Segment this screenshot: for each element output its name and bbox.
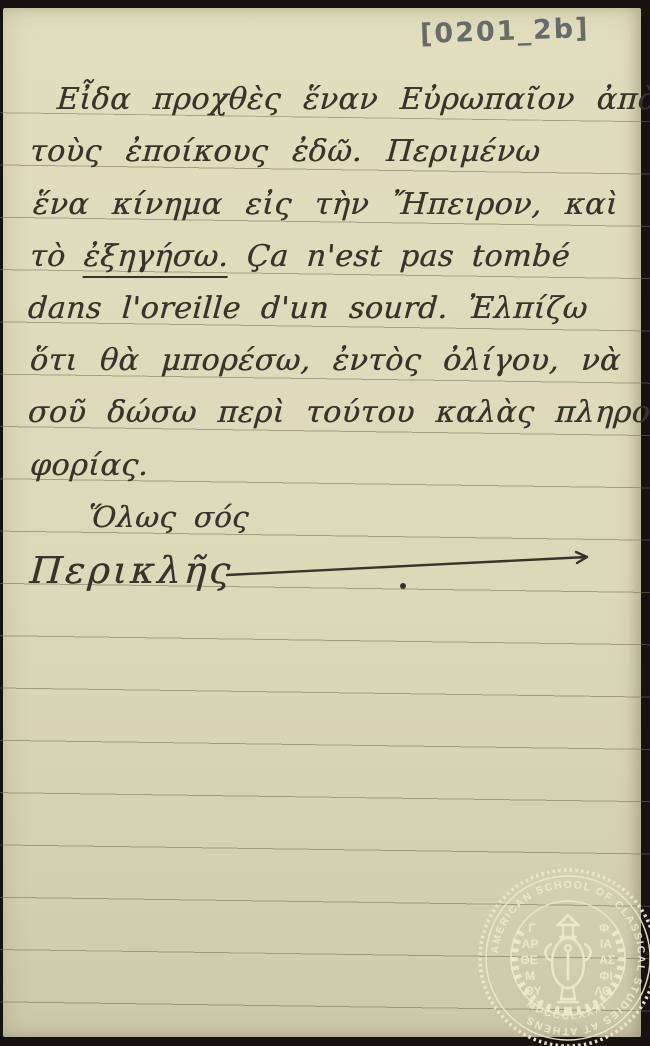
seal-letter: Μ — [525, 969, 535, 983]
handwriting-line: ἕνα κίνημα εἰς τὴν Ἤπειρον, καὶ — [32, 190, 619, 220]
seal-letter: ΛΟ — [594, 984, 611, 998]
seal-letter: ΑΡ — [522, 937, 539, 951]
archive-reference-label: [0201_2b] — [420, 13, 590, 50]
seal-letter: ΙΑ — [600, 937, 612, 951]
signature-flourish-arrow — [205, 542, 625, 612]
handwriting-line: τοὺς ἐποίκους ἐδῶ. Περιμένω — [29, 137, 541, 167]
seal-letter: Φ — [599, 921, 609, 935]
scanned-letter-page: [0201_2b] Εἶδα προχθὲς ἕναν Εὐρωπαῖον ἀπ… — [0, 0, 650, 1046]
closing-salutation: Ὅλως σός — [87, 503, 250, 532]
seal-letter: Υ — [536, 998, 544, 1012]
handwriting-line: σοῦ δώσω περὶ τούτου καλὰς πληρο- — [27, 398, 650, 428]
ink-dot — [400, 583, 406, 589]
handwriting-segment: τὸ — [29, 239, 85, 274]
handwriting-line: Εἶδα προχθὲς ἕναν Εὐρωπαῖον ἀπὸ — [56, 85, 650, 115]
seal-letter: ΘΕ — [520, 953, 537, 967]
seal-letter: Γ — [528, 921, 536, 935]
handwriting-line: ὅτι θὰ μπορέσω, ἐντὸς ὀλίγου, νὰ — [29, 346, 622, 376]
handwriting-line: φορίας. — [29, 451, 150, 481]
seal-amphora-icon — [545, 915, 590, 1002]
handwriting-line: τὸ ἐξηγήσω. Ça n'est pas tombé — [29, 242, 571, 272]
embossed-library-seal: AMERICAN SCHOOL OF CLASSICAL STUDIES AT … — [472, 862, 650, 1046]
seal-letter: ΑΣ — [599, 953, 615, 967]
handwriting-segment: Ça n'est pas tombé — [227, 239, 571, 274]
underlined-word: ἐξηγήσω. — [82, 239, 230, 278]
handwriting-line: dans l'oreille d'un sourd. Ἐλπίζω — [27, 294, 589, 324]
seal-letter: Λ — [592, 998, 600, 1012]
seal-letter: ΟΥ — [524, 984, 541, 998]
seal-letter: ΦΙ — [599, 969, 612, 983]
signature: Περικλῆς — [29, 552, 235, 589]
